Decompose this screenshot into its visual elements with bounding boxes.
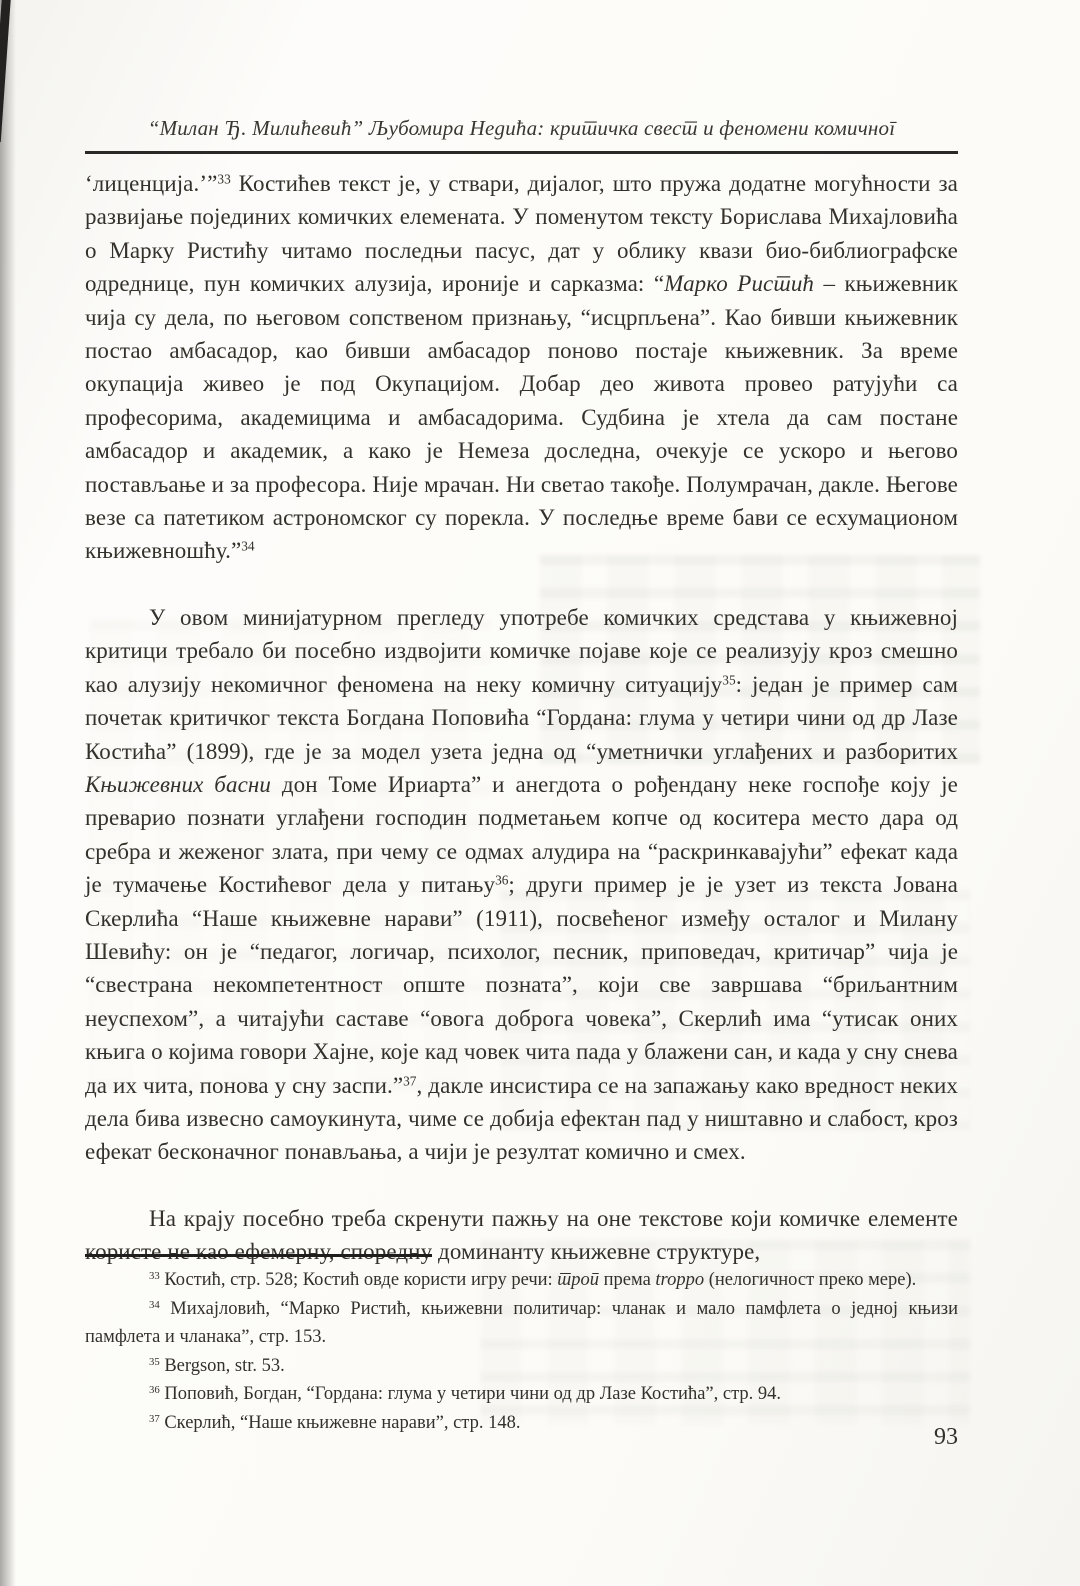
running-head-title: “Милан Ђ. Милићевић” Љубомира Недића: кр… (85, 116, 958, 141)
paragraph: На крају посебно треба скренути пажњу на… (85, 1202, 958, 1269)
footnotes-block: 33 Костић, стр. 528; Костић овде користи… (85, 1266, 958, 1438)
header-rule (85, 151, 958, 154)
footnote: 36 Поповић, Богдан, “Гордана: глума у че… (85, 1380, 958, 1409)
paragraph: У овом минијатурном прегледу употребе ко… (85, 601, 958, 1169)
footnote: 35 Bergson, str. 53. (85, 1352, 958, 1381)
page-number: 93 (85, 1424, 958, 1451)
footnote-separator-rule (85, 1254, 432, 1257)
paragraph: ‘лиценција.’”33 Костићев текст је, у ств… (85, 167, 958, 568)
footnote: 33 Костић, стр. 528; Костић овде користи… (85, 1266, 958, 1295)
scanned-document-page: “Милан Ђ. Милићевић” Љубомира Недића: кр… (0, 0, 1080, 1586)
footnote: 34 Михајловић, “Марко Ристић, књижевни п… (85, 1295, 958, 1352)
body-text-block: ‘лиценција.’”33 Костићев текст је, у ств… (85, 167, 958, 1269)
scan-edge-artifact (0, 0, 16, 1586)
